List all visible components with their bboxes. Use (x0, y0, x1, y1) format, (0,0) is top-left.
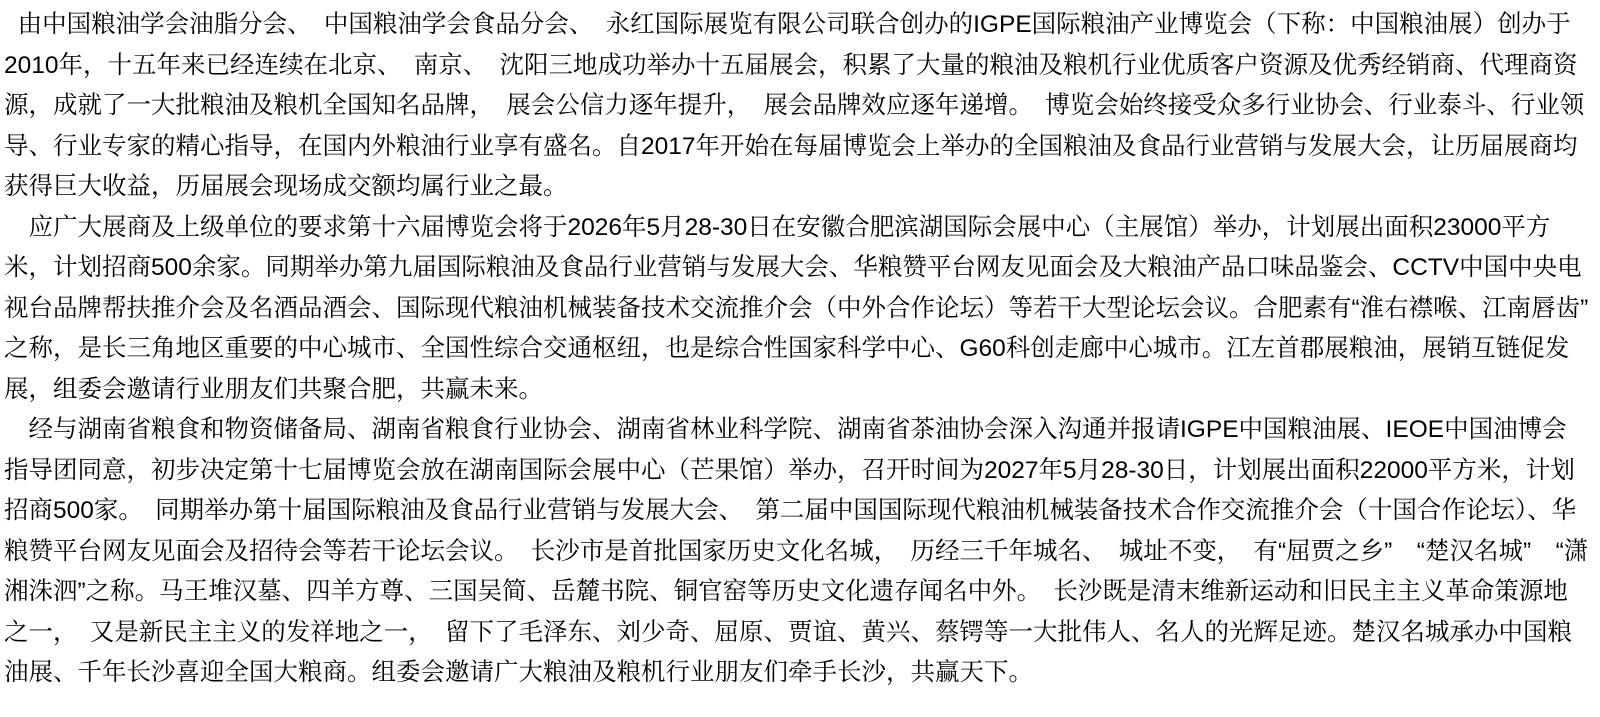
paragraph-expo-history: 由中国粮油学会油脂分会、 中国粮油学会食品分会、 永红国际展览有限公司联合创办的… (4, 5, 1590, 208)
document-body: 由中国粮油学会油脂分会、 中国粮油学会食品分会、 永红国际展览有限公司联合创办的… (0, 0, 1600, 717)
screenshot-root: { "document": { "description": "IGPE Chi… (0, 0, 1600, 717)
paragraph-17th-expo-changsha: 经与湖南省粮食和物资储备局、湖南省粮食行业协会、湖南省林业科学院、湖南省茶油协会… (4, 410, 1590, 694)
paragraph-16th-expo-hefei: 应广大展商及上级单位的要求第十六届博览会将于2026年5月28-30日在安徽合肥… (4, 208, 1590, 411)
